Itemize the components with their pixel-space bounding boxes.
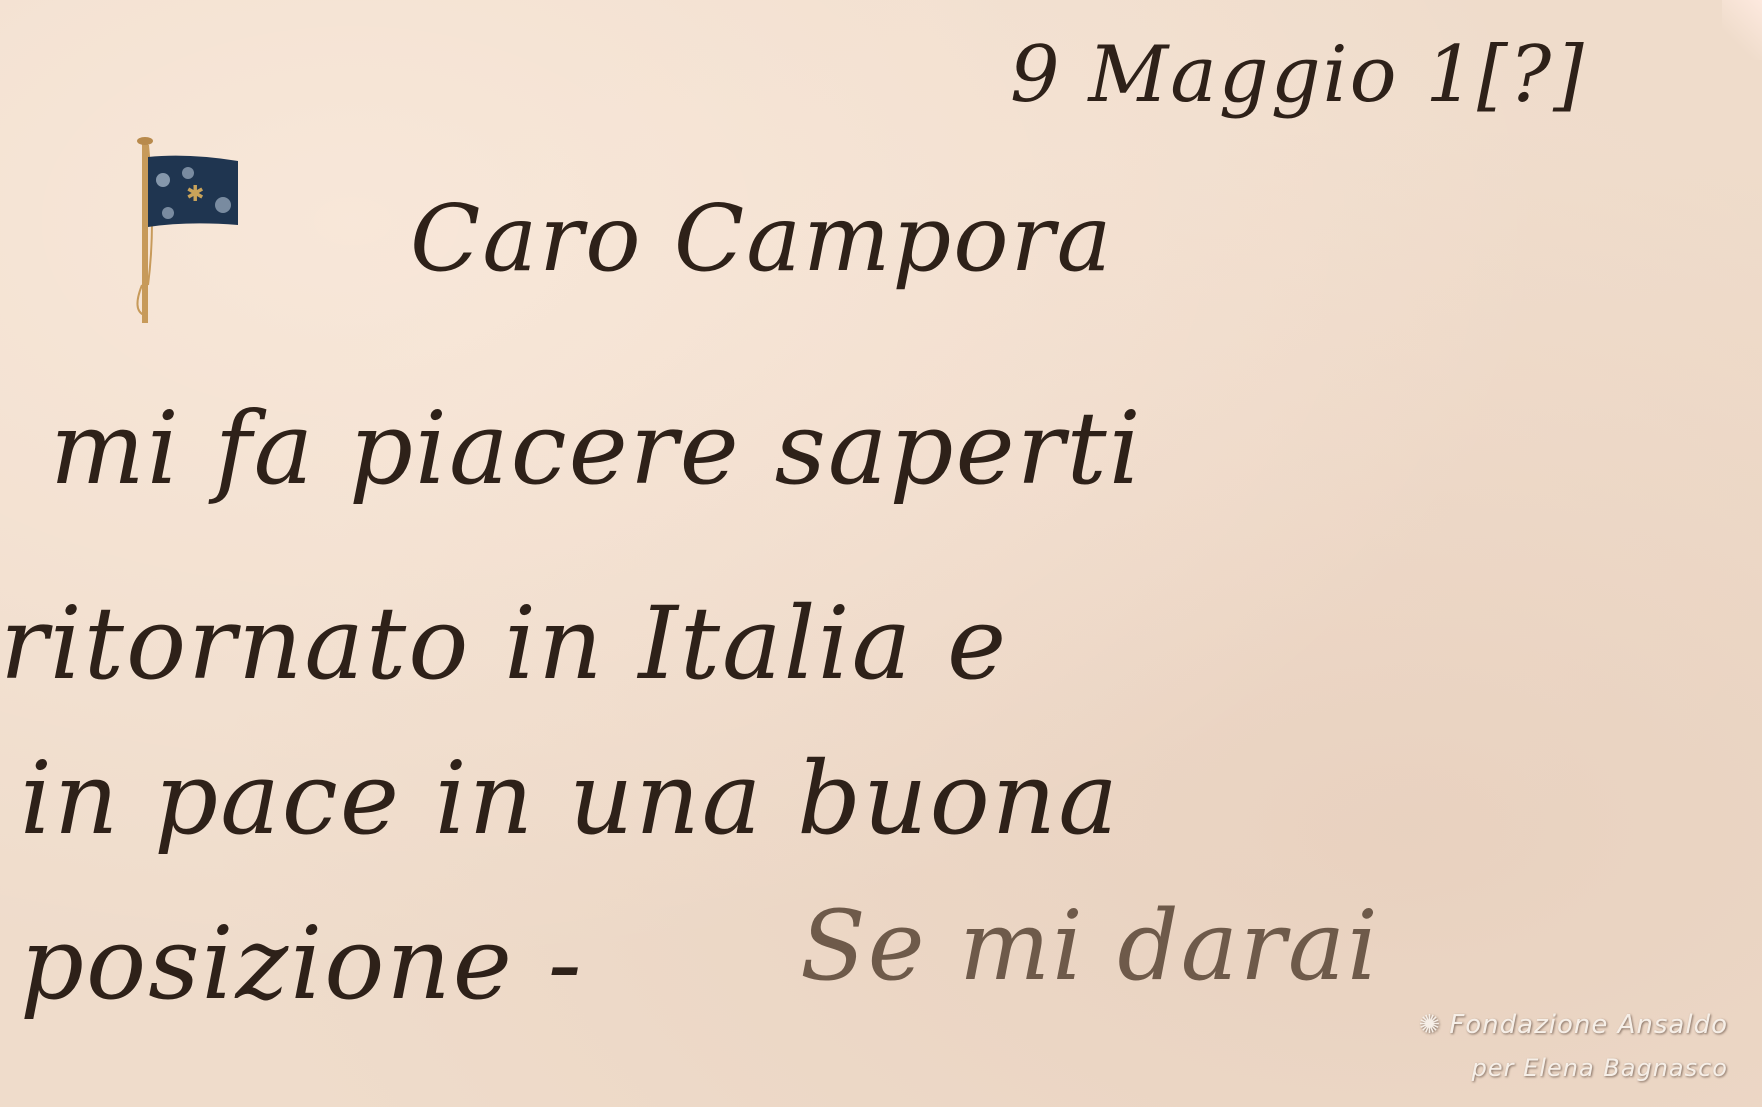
letter-line-1: mi fa piacere saperti (50, 390, 1143, 507)
letter-line-4: posizione - (20, 905, 584, 1022)
watermark-subtitle: per Elena Bagnasco (1419, 1054, 1728, 1082)
sunburst-logo-icon: ✺ (1419, 1010, 1442, 1040)
svg-text:✱: ✱ (186, 182, 204, 207)
watermark: ✺ Fondazione Ansaldo per Elena Bagnasco (1419, 1010, 1728, 1082)
pennant-flag-icon: ✱ (128, 135, 248, 335)
postcard: ✱ 9 Maggio 1[?] Caro Campora mi fa piace… (0, 0, 1762, 1107)
watermark-title-row: ✺ Fondazione Ansaldo (1419, 1010, 1728, 1040)
corner-fold (1722, 0, 1762, 60)
letter-line-2: ritornato in Italia e (0, 585, 1008, 702)
letter-line-4-faded: Se mi darai (800, 890, 1380, 1002)
watermark-title: Fondazione Ansaldo (1449, 1010, 1728, 1040)
date-line: 9 Maggio 1[?] (1010, 30, 1586, 120)
salutation: Caro Campora (410, 185, 1113, 292)
letter-line-3: in pace in una buona (20, 740, 1120, 857)
